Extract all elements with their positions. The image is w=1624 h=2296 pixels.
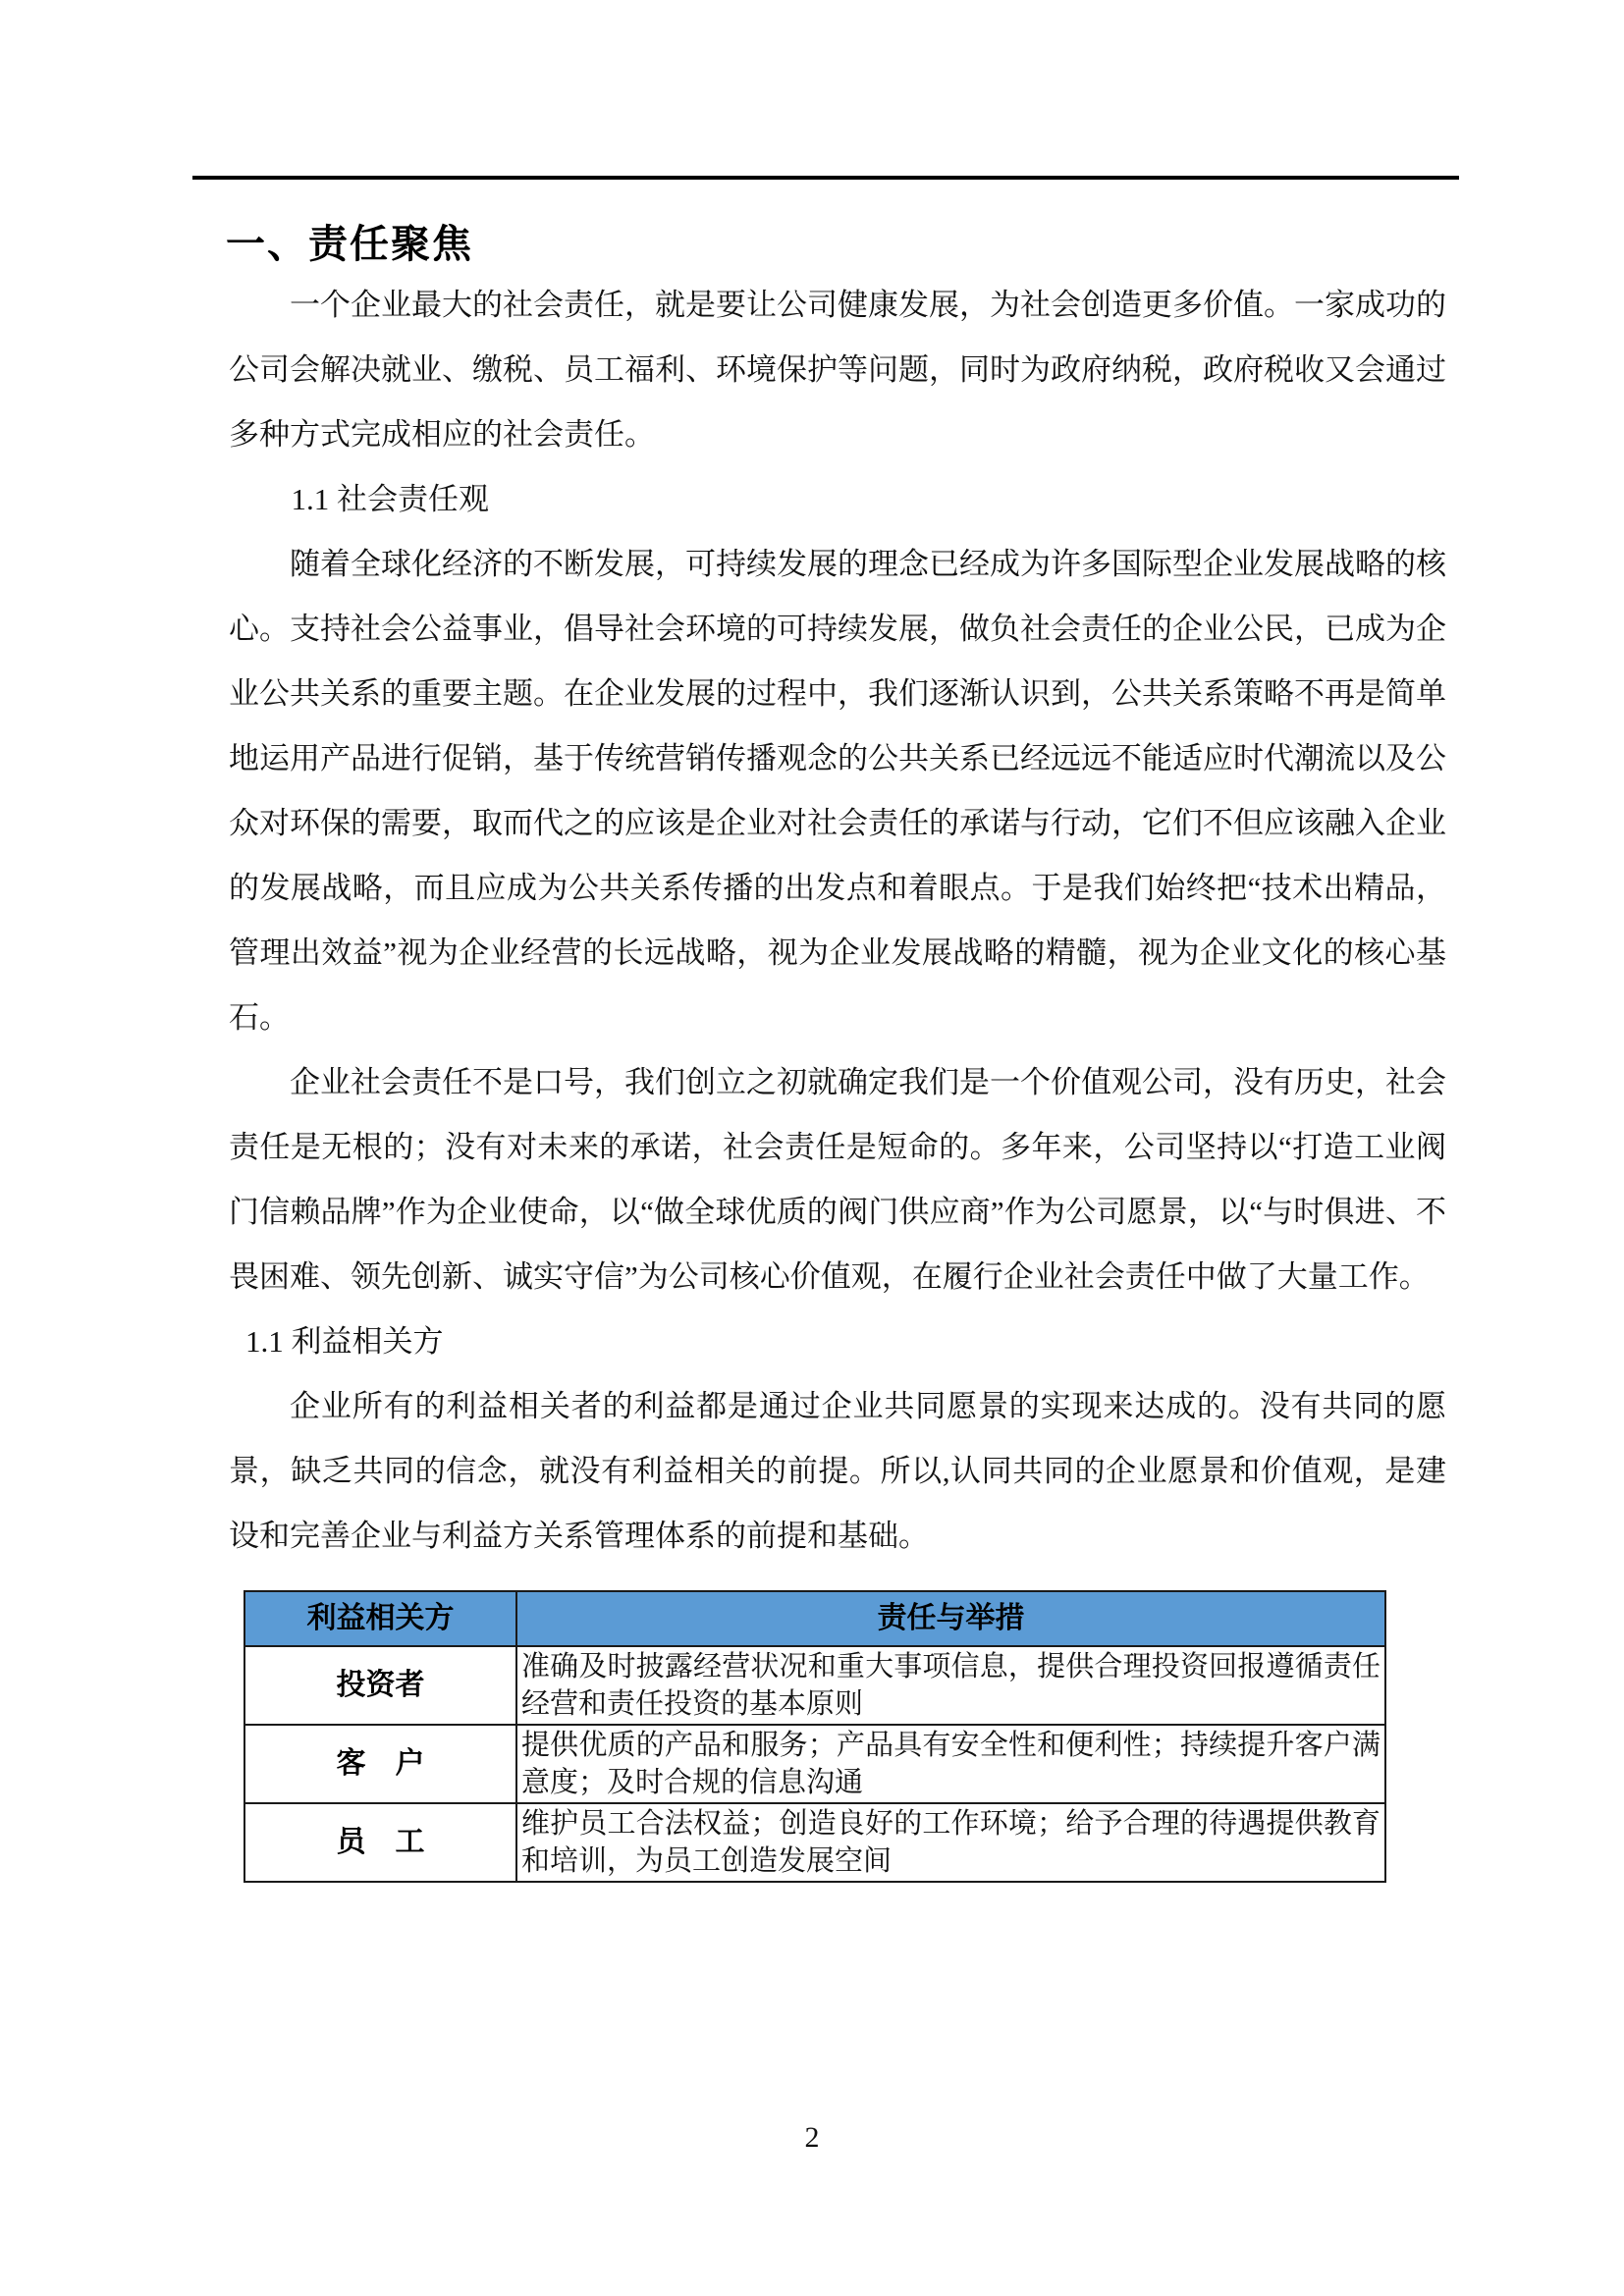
table-cell-measures: 提供优质的产品和服务；产品具有安全性和便利性；持续提升客户满意度；及时合规的信息… <box>516 1725 1385 1803</box>
table-row-employees: 员 工 维护员工合法权益；创造良好的工作环境；给予合理的待遇提供教育和培训，为员… <box>244 1803 1385 1882</box>
table-cell-measures: 准确及时披露经营状况和重大事项信息，提供合理投资回报遵循责任经营和责任投资的基本… <box>516 1646 1385 1725</box>
table-cell-stakeholder: 员 工 <box>244 1803 516 1882</box>
table-header-cell-measures: 责任与举措 <box>516 1591 1385 1646</box>
section-title: 一、责任聚焦 <box>226 219 473 270</box>
table-header-row: 利益相关方 责任与举措 <box>244 1591 1385 1646</box>
responsibility-view-paragraph-1: 随着全球化经济的不断发展，可持续发展的理念已经成为许多国际型企业发展战略的核心。… <box>229 532 1446 1050</box>
table-cell-stakeholder: 投资者 <box>244 1646 516 1725</box>
subsection-heading-responsibility-view: 1.1 社会责任观 <box>229 467 1446 532</box>
table-cell-measures: 维护员工合法权益；创造良好的工作环境；给予合理的待遇提供教育和培训，为员工创造发… <box>516 1803 1385 1882</box>
table-cell-stakeholder: 客 户 <box>244 1725 516 1803</box>
table-row-customers: 客 户 提供优质的产品和服务；产品具有安全性和便利性；持续提升客户满意度；及时合… <box>244 1725 1385 1803</box>
page-number: 2 <box>0 2118 1624 2158</box>
subsection-heading-stakeholders: 1.1 利益相关方 <box>229 1309 1446 1374</box>
document-page: 一、责任聚焦 一个企业最大的社会责任，就是要让公司健康发展，为社会创造更多价值。… <box>0 0 1624 2296</box>
table-header-cell-stakeholder: 利益相关方 <box>244 1591 516 1646</box>
stakeholders-paragraph: 企业所有的利益相关者的利益都是通过企业共同愿景的实现来达成的。没有共同的愿景，缺… <box>229 1374 1446 1569</box>
intro-paragraph: 一个企业最大的社会责任，就是要让公司健康发展，为社会创造更多价值。一家成功的公司… <box>229 273 1446 467</box>
table-row-investors: 投资者 准确及时披露经营状况和重大事项信息，提供合理投资回报遵循责任经营和责任投… <box>244 1646 1385 1725</box>
header-rule <box>192 176 1459 180</box>
stakeholder-table: 利益相关方 责任与举措 投资者 准确及时披露经营状况和重大事项信息，提供合理投资… <box>244 1590 1386 1883</box>
responsibility-view-paragraph-2: 企业社会责任不是口号，我们创立之初就确定我们是一个价值观公司，没有历史，社会责任… <box>229 1050 1446 1309</box>
document-body: 一个企业最大的社会责任，就是要让公司健康发展，为社会创造更多价值。一家成功的公司… <box>229 273 1446 1883</box>
